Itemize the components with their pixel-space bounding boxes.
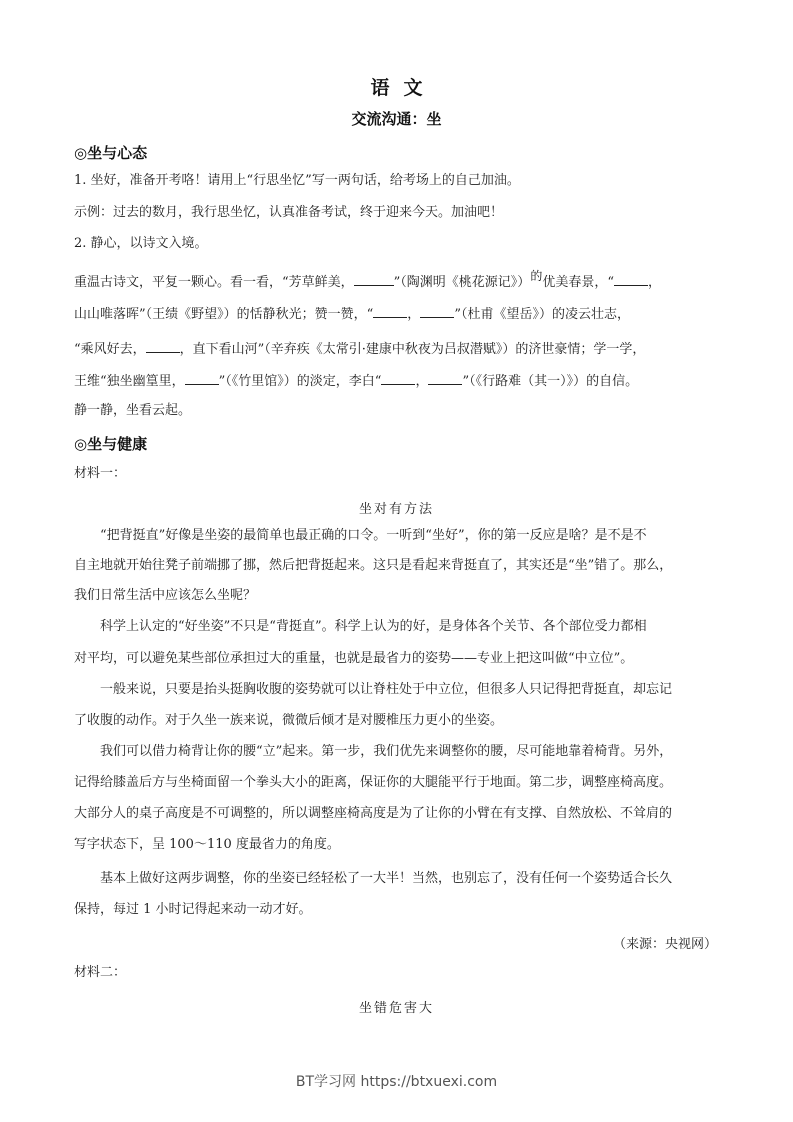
paragraph-line: 记得给膝盖后方与坐椅面留一个拳头大小的距离，保证你的大腿能平行于地面。第二步，调… — [74, 775, 672, 791]
page-subtitle: 交流沟通：坐 — [0, 108, 793, 129]
paragraph-line: 科学上认定的“好坐姿”不只是“背挺直”。科学上认为的好，是身体各个关节、各个部位… — [100, 619, 722, 635]
text: 优美春景，“ — [542, 275, 614, 290]
material-2-label: 材料二： — [74, 965, 126, 981]
fill-blank[interactable] — [428, 372, 462, 385]
section-heading-health: ◎坐与健康 — [74, 433, 147, 454]
fill-blank[interactable] — [373, 305, 407, 318]
paragraph-line: 自主地就开始往凳子前端挪了挪，然后把背挺起来。这只是看起来背挺直了，其实还是“坐… — [74, 558, 672, 574]
paragraph-line: 写字状态下，呈 100～110 度最省力的角度。 — [74, 837, 340, 853]
page-title: 语文 — [0, 73, 793, 100]
fill-blank[interactable] — [185, 372, 219, 385]
text: ”（陶渊明《桃花源记》） — [394, 275, 531, 290]
question-2: 2. 静心，以诗文入境。 — [74, 236, 208, 252]
text: ”（杜甫《望岳》）的凌云壮志， — [454, 307, 630, 322]
paragraph-line: “把背挺直”好像是坐姿的最简单也最正确的口令。一听到“坐好”，你的第一反应是啥？… — [100, 528, 722, 544]
text: 重温古诗文，平复一颗心。看一看，“芳草鲜美， — [74, 275, 354, 290]
text: ， — [415, 374, 428, 389]
paragraph-line: 对平均，可以避免某些部位承担过大的重量，也就是最省力的姿势——专业上把这叫做“中… — [74, 651, 633, 667]
text: 的 — [530, 269, 542, 283]
poem-line-1: 重温古诗文，平复一颗心。看一看，“芳草鲜美，”（陶渊明《桃花源记》）的优美春景，… — [74, 273, 661, 291]
paragraph-line: 了收腹的动作。对于久坐一族来说，微微后倾才是对腰椎压力更小的坐姿。 — [74, 713, 503, 729]
fill-blank[interactable] — [146, 340, 180, 353]
material-1-title: 坐对有方法 — [0, 498, 793, 517]
text: 山山唯落晖”（王绩《野望》）的恬静秋光；赞一赞，“ — [74, 307, 373, 322]
fill-blank[interactable] — [381, 372, 415, 385]
text: 王维“独坐幽篁里， — [74, 374, 185, 389]
fill-blank[interactable] — [614, 273, 648, 286]
poem-line-2: 山山唯落晖”（王绩《野望》）的恬静秋光；赞一赞，“，”（杜甫《望岳》）的凌云壮志… — [74, 305, 630, 323]
paragraph-line: 保持，每过 1 小时记得起来动一动才好。 — [74, 902, 312, 918]
material-1-source: （来源：央视网） — [613, 933, 717, 952]
paragraph-line: 我们日常生活中应该怎么坐呢？ — [74, 588, 256, 604]
text: ，直下看山河”（辛弃疾《太常引·建康中秋夜为吕叔潜赋》）的济世豪情；学一学， — [180, 342, 646, 357]
text: ”（《行路难（其一）》）的自信。 — [462, 374, 638, 389]
text: “乘风好去， — [74, 342, 146, 357]
poem-line-4: 王维“独坐幽篁里，”（《竹里馆》）的淡定，李白“，”（《行路难（其一）》）的自信… — [74, 372, 638, 390]
paragraph-line: 一般来说，只要是抬头挺胸收腹的姿势就可以让脊柱处于中立位，但很多人只记得把背挺直… — [100, 682, 722, 698]
paragraph-line: 基本上做好这两步调整，你的坐姿已经轻松了一大半！当然，也别忘了，没有任何一个姿势… — [100, 871, 722, 887]
question-1: 1. 坐好，准备开考咯！请用上“行思坐忆”写一两句话，给考场上的自己加油。 — [74, 173, 520, 189]
section-heading-mindset: ◎坐与心态 — [74, 142, 147, 163]
text: ， — [407, 307, 420, 322]
example-answer: 示例：过去的数月，我行思坐忆，认真准备考试，终于迎来今天。加油吧！ — [74, 205, 503, 221]
material-1-label: 材料一： — [74, 466, 126, 482]
fill-blank[interactable] — [420, 305, 454, 318]
document-page: 语文 交流沟通：坐 ◎坐与心态 1. 坐好，准备开考咯！请用上“行思坐忆”写一两… — [0, 0, 793, 1122]
material-2-title: 坐错危害大 — [0, 997, 793, 1016]
text: ， — [648, 275, 661, 290]
paragraph-line: 我们可以借力椅背让你的腰“立”起来。第一步，我们优先来调整你的腰，尽可能地靠着椅… — [100, 744, 722, 760]
site-watermark: BT学习网 https://btxuexi.com — [0, 1071, 793, 1091]
fill-blank[interactable] — [354, 273, 394, 286]
poem-line-3: “乘风好去，，直下看山河”（辛弃疾《太常引·建康中秋夜为吕叔潜赋》）的济世豪情；… — [74, 340, 645, 358]
paragraph-line: 大部分人的桌子高度是不可调整的，所以调整座椅高度是为了让你的小臂在有支撑、自然放… — [74, 806, 672, 822]
text: ”（《竹里馆》）的淡定，李白“ — [219, 374, 382, 389]
poem-line-5: 静一静，坐看云起。 — [74, 403, 191, 419]
